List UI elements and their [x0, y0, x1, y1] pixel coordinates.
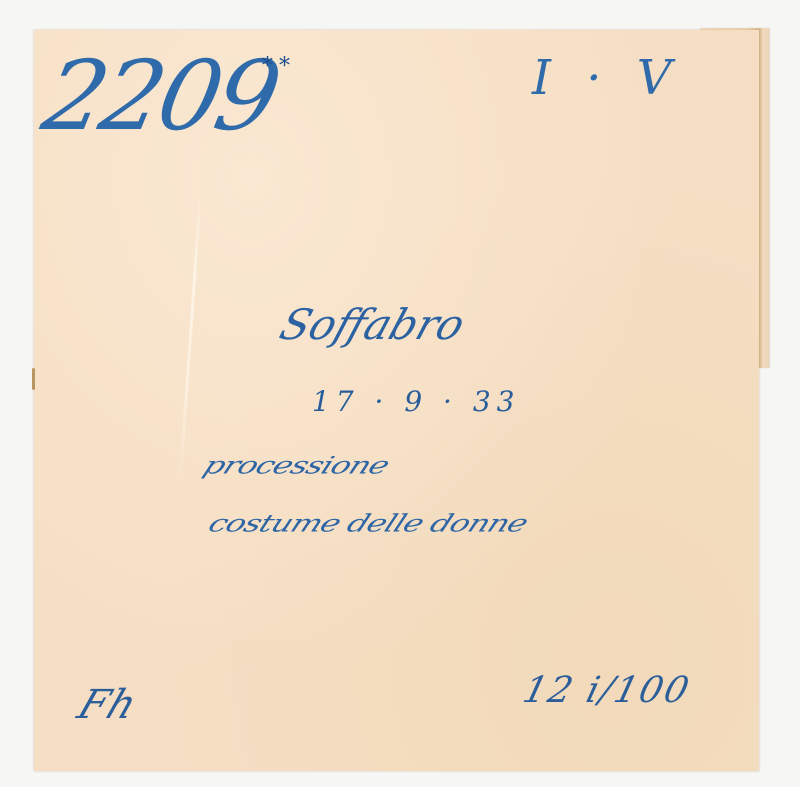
- format-mark: 12 i/100: [519, 670, 695, 711]
- catalog-number: 2209: [36, 48, 285, 144]
- description-line-2: costume delle donne: [204, 509, 532, 538]
- photo-background: 2209 ** I · V Soffabro 17 · 9 · 33 proce…: [0, 0, 800, 787]
- catalog-stars: **: [262, 54, 296, 79]
- description-line-1: processione: [199, 451, 393, 480]
- volume-mark: I · V: [532, 54, 681, 102]
- paper-edge-tear: [32, 368, 35, 390]
- date: 17 · 9 · 33: [312, 385, 520, 418]
- place-name: Soffabro: [274, 300, 471, 349]
